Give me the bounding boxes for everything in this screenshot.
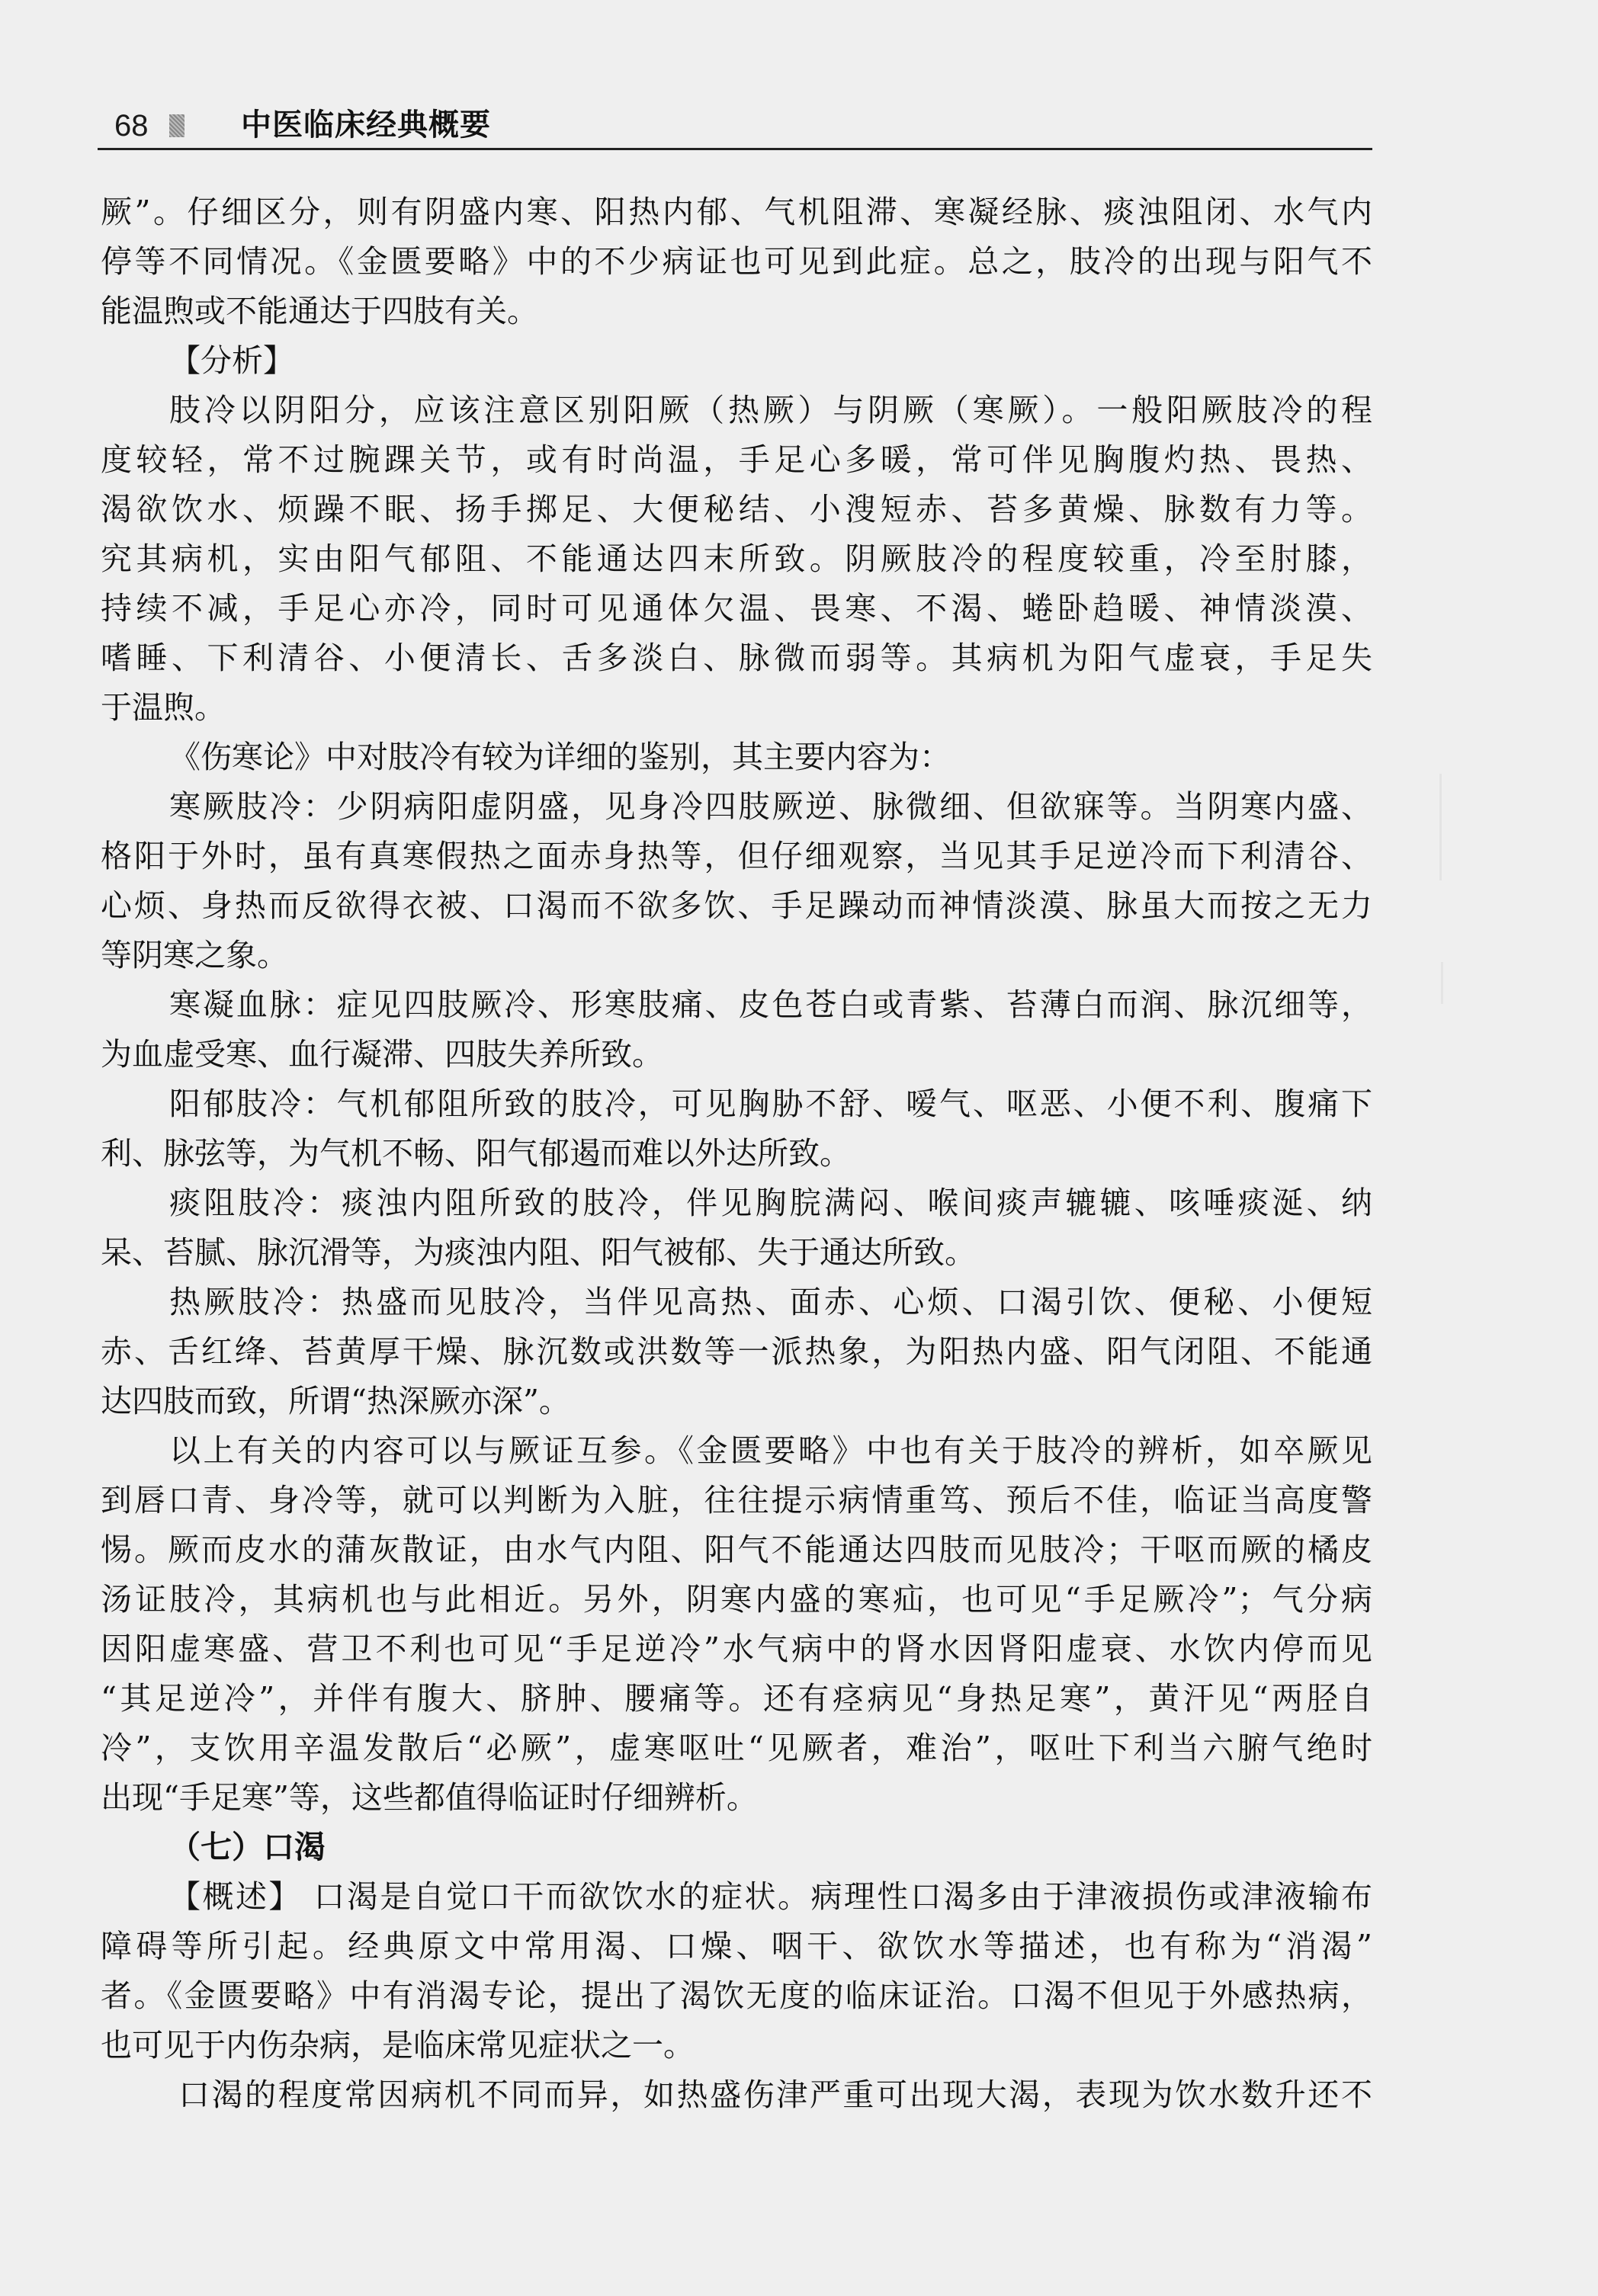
body-text: 厥”。仔细区分，则有阴盛内寒、阳热内郁、气机阻滞、寒凝经脉、痰浊阻闭、水气内停等… bbox=[101, 191, 1372, 2123]
text-line: 障碍等所引起。经典原文中常用渴、口燥、咽干、欲饮水等描述，也有称为“消渴” bbox=[101, 1925, 1372, 1974]
page-number: 68 bbox=[114, 108, 149, 143]
text-line: 者。《金匮要略》中有消渴专论，提出了渴饮无度的临床证治。口渴不但见于外感热病， bbox=[101, 1974, 1372, 2024]
text-line: 也可见于内伤杂病，是临床常见症状之一。 bbox=[101, 2024, 1372, 2073]
text-line: 到唇口青、身冷等，就可以判断为入脏，往往提示病情重笃、预后不佳，临证当高度警 bbox=[101, 1479, 1372, 1528]
text-line: 厥”。仔细区分，则有阴盛内寒、阳热内郁、气机阻滞、寒凝经脉、痰浊阻闭、水气内 bbox=[101, 191, 1372, 240]
text-line: 格阳于外时，虽有真寒假热之面赤身热等，但仔细观察，当见其手足逆冷而下利清谷、 bbox=[101, 835, 1372, 884]
text-line: 达四肢而致，所谓“热深厥亦深”。 bbox=[101, 1380, 1372, 1429]
text-line: 利、脉弦等，为气机不畅、阳气郁遏而难以外达所致。 bbox=[101, 1132, 1372, 1182]
text-line: 赤、舌红绛、苔黄厚干燥、脉沉数或洪数等一派热象，为阳热内盛、阳气闭阻、不能通 bbox=[101, 1330, 1372, 1380]
text-line: 以上有关的内容可以与厥证互参。《金匮要略》中也有关于肢冷的辨析，如卒厥见 bbox=[101, 1429, 1372, 1479]
text-line: 嗜睡、下利清谷、小便清长、舌多淡白、脉微而弱等。其病机为阳气虚衰，手足失 bbox=[101, 637, 1372, 686]
text-line: 口渴的程度常因病机不同而异，如热盛伤津严重可出现大渴，表现为饮水数升还不 bbox=[101, 2073, 1372, 2123]
text-line: 等阴寒之象。 bbox=[101, 934, 1372, 983]
text-line: 停等不同情况。《金匮要略》中的不少病证也可见到此症。总之，肢冷的出现与阳气不 bbox=[101, 240, 1372, 290]
page-marker-block bbox=[169, 114, 185, 137]
running-title: 中医临床经典概要 bbox=[241, 107, 491, 143]
text-line: 因阳虚寒盛、营卫不利也可见“手足逆冷”水气病中的肾水因肾阳虚衰、水饮内停而见 bbox=[101, 1627, 1372, 1677]
text-line: 持续不减，手足心亦冷，同时可见通体欠温、畏寒、不渴、蜷卧趋暖、神情淡漠、 bbox=[101, 587, 1372, 637]
text-line: 汤证肢冷，其病机也与此相近。另外，阴寒内盛的寒疝，也可见“手足厥冷”；气分病 bbox=[101, 1578, 1372, 1627]
text-line: 心烦、身热而反欲得衣被、口渴而不欲多饮、手足躁动而神情淡漠、脉虽大而按之无力 bbox=[101, 884, 1372, 934]
text-line: 《伤寒论》中对肢冷有较为详细的鉴别，其主要内容为： bbox=[101, 736, 1372, 785]
text-line: 【概述】 口渴是自觉口干而欲饮水的症状。病理性口渴多由于津液损伤或津液输布 bbox=[101, 1875, 1372, 1925]
text-line: 肢冷以阴阳分，应该注意区别阳厥（热厥）与阴厥（寒厥）。一般阳厥肢冷的程 bbox=[101, 389, 1372, 438]
scan-artifact bbox=[1439, 774, 1442, 880]
text-line: 痰阻肢冷：痰浊内阻所致的肢冷，伴见胸脘满闷、喉间痰声辘辘、咳唾痰涎、纳 bbox=[101, 1182, 1372, 1231]
header-rule bbox=[98, 148, 1372, 150]
text-line: 能温煦或不能通达于四肢有关。 bbox=[101, 290, 1372, 339]
text-line: 出现“手足寒”等，这些都值得临证时仔细辨析。 bbox=[101, 1776, 1372, 1826]
text-line: 惕。厥而皮水的蒲灰散证，由水气内阻、阳气不能通达四肢而见肢冷；干呕而厥的橘皮 bbox=[101, 1528, 1372, 1578]
text-line: 寒厥肢冷：少阴病阳虚阴盛，见身冷四肢厥逆、脉微细、但欲寐等。当阴寒内盛、 bbox=[101, 785, 1372, 835]
page-header: 68 中医临床经典概要 bbox=[98, 105, 1372, 149]
text-line: 呆、苔腻、脉沉滑等，为痰浊内阻、阳气被郁、失于通达所致。 bbox=[101, 1231, 1372, 1281]
scan-artifact bbox=[1441, 962, 1443, 1004]
text-line: 究其病机，实由阳气郁阻、不能通达四末所致。阴厥肢冷的程度较重，冷至肘膝， bbox=[101, 537, 1372, 587]
section-heading: （七）口渴 bbox=[101, 1826, 1372, 1875]
text-line: “其足逆冷”，并伴有腹大、脐肿、腰痛等。还有痉病见“身热足寒”，黄汗见“两胫自 bbox=[101, 1677, 1372, 1727]
text-line: 冷”，支饮用辛温发散后“必厥”，虚寒呕吐“见厥者，难治”，呕吐下利当六腑气绝时 bbox=[101, 1727, 1372, 1776]
text-line: 寒凝血脉：症见四肢厥冷、形寒肢痛、皮色苍白或青紫、苔薄白而润、脉沉细等， bbox=[101, 983, 1372, 1033]
text-line: 渴欲饮水、烦躁不眠、扬手掷足、大便秘结、小溲短赤、苔多黄燥、脉数有力等。 bbox=[101, 488, 1372, 537]
text-line: 于温煦。 bbox=[101, 686, 1372, 736]
text-line: 为血虚受寒、血行凝滞、四肢失养所致。 bbox=[101, 1033, 1372, 1082]
text-line: 阳郁肢冷：气机郁阻所致的肢冷，可见胸胁不舒、嗳气、呕恶、小便不利、腹痛下 bbox=[101, 1082, 1372, 1132]
text-line: 热厥肢冷：热盛而见肢冷，当伴见高热、面赤、心烦、口渴引饮、便秘、小便短 bbox=[101, 1281, 1372, 1330]
subsection-label: 【分析】 bbox=[101, 339, 1372, 389]
text-line: 度较轻，常不过腕踝关节，或有时尚温，手足心多暖，常可伴见胸腹灼热、畏热、 bbox=[101, 438, 1372, 488]
